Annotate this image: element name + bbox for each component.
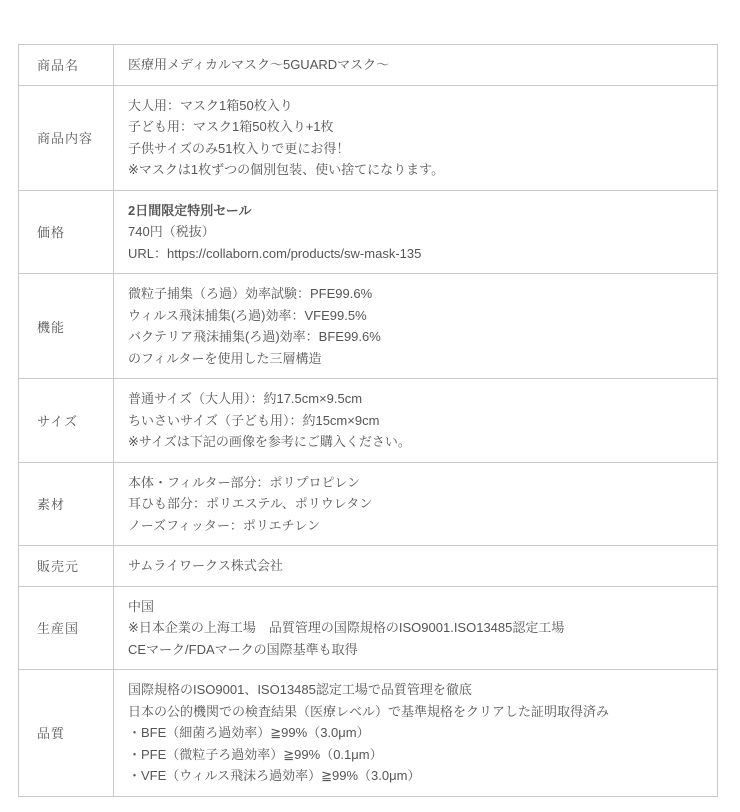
row-label: 品質 bbox=[19, 670, 114, 797]
content-line: CEマーク/FDAマークの国際基準も取得 bbox=[128, 639, 703, 661]
content-line: ※サイズは下記の画像を参考にご購入ください。 bbox=[128, 431, 703, 453]
row-label: 生産国 bbox=[19, 586, 114, 670]
row-label: 販売元 bbox=[19, 546, 114, 587]
content-line: 日本の公的機関での検査結果（医療レベル）で基準規格をクリアした証明取得済み bbox=[128, 701, 703, 723]
table-row-product-name: 商品名 医療用メディカルマスク〜5GUARDマスク〜 bbox=[19, 45, 718, 86]
row-label: サイズ bbox=[19, 379, 114, 463]
content-line: 微粒子捕集（ろ過）効率試験：PFE99.6% bbox=[128, 283, 703, 305]
table-row-material: 素材 本体・フィルター部分：ポリプロピレン 耳ひも部分：ポリエステル、ポリウレタ… bbox=[19, 462, 718, 546]
row-content: 大人用：マスク1箱50枚入り 子ども用：マスク1箱50枚入り+1枚 子供サイズの… bbox=[114, 85, 718, 190]
content-line: 大人用：マスク1箱50枚入り bbox=[128, 95, 703, 117]
table-row-quality: 品質 国際規格のISO9001、ISO13485認定工場で品質管理を徹底 日本の… bbox=[19, 670, 718, 797]
row-content: 微粒子捕集（ろ過）効率試験：PFE99.6% ウィルス飛沫捕集(ろ過)効率：VF… bbox=[114, 274, 718, 379]
table-row-product-contents: 商品内容 大人用：マスク1箱50枚入り 子ども用：マスク1箱50枚入り+1枚 子… bbox=[19, 85, 718, 190]
row-content: サムライワークス株式会社 bbox=[114, 546, 718, 587]
table-row-seller: 販売元 サムライワークス株式会社 bbox=[19, 546, 718, 587]
product-url: URL：https://collaborn.com/products/sw-ma… bbox=[128, 243, 703, 265]
content-line: ウィルス飛沫捕集(ろ過)効率：VFE99.5% bbox=[128, 305, 703, 327]
content-line: 国際規格のISO9001、ISO13485認定工場で品質管理を徹底 bbox=[128, 679, 703, 701]
content-line: 子ども用：マスク1箱50枚入り+1枚 bbox=[128, 116, 703, 138]
content-line: ※日本企業の上海工場 品質管理の国際規格のISO9001.ISO13485認定工… bbox=[128, 617, 703, 639]
content-line: 中国 bbox=[128, 596, 703, 618]
content-line: 耳ひも部分：ポリエステル、ポリウレタン bbox=[128, 493, 703, 515]
content-line: サムライワークス株式会社 bbox=[128, 555, 703, 577]
content-line: のフィルターを使用した三層構造 bbox=[128, 348, 703, 370]
content-line: バクテリア飛沫捕集(ろ過)効率：BFE99.6% bbox=[128, 326, 703, 348]
row-content: 国際規格のISO9001、ISO13485認定工場で品質管理を徹底 日本の公的機… bbox=[114, 670, 718, 797]
product-spec-table: 商品名 医療用メディカルマスク〜5GUARDマスク〜 商品内容 大人用：マスク1… bbox=[18, 44, 718, 797]
row-label: 価格 bbox=[19, 190, 114, 274]
page: 商品名 医療用メディカルマスク〜5GUARDマスク〜 商品内容 大人用：マスク1… bbox=[0, 0, 740, 812]
content-line: 医療用メディカルマスク〜5GUARDマスク〜 bbox=[128, 54, 703, 76]
row-content: 中国 ※日本企業の上海工場 品質管理の国際規格のISO9001.ISO13485… bbox=[114, 586, 718, 670]
row-content: 普通サイズ（大人用）：約17.5cm×9.5cm ちいさいサイズ（子ども用）：約… bbox=[114, 379, 718, 463]
content-line: ・BFE（細菌ろ過効率）≧99%（3.0μm） bbox=[128, 722, 703, 744]
row-content: 本体・フィルター部分：ポリプロピレン 耳ひも部分：ポリエステル、ポリウレタン ノ… bbox=[114, 462, 718, 546]
content-line: ・PFE（微粒子ろ過効率）≧99%（0.1μm） bbox=[128, 744, 703, 766]
content-line: 本体・フィルター部分：ポリプロピレン bbox=[128, 472, 703, 494]
product-spec-table-wrap: 商品名 医療用メディカルマスク〜5GUARDマスク〜 商品内容 大人用：マスク1… bbox=[18, 44, 718, 797]
table-row-size: サイズ 普通サイズ（大人用）：約17.5cm×9.5cm ちいさいサイズ（子ども… bbox=[19, 379, 718, 463]
content-line: 普通サイズ（大人用）：約17.5cm×9.5cm bbox=[128, 388, 703, 410]
row-content: 2日間限定特別セール 740円（税抜） URL：https://collabor… bbox=[114, 190, 718, 274]
row-content: 医療用メディカルマスク〜5GUARDマスク〜 bbox=[114, 45, 718, 86]
sale-title: 2日間限定特別セール bbox=[128, 200, 703, 222]
row-label: 商品内容 bbox=[19, 85, 114, 190]
content-line: ノーズフィッター：ポリエチレン bbox=[128, 515, 703, 537]
row-label: 機能 bbox=[19, 274, 114, 379]
row-label: 商品名 bbox=[19, 45, 114, 86]
content-line: ※マスクは1枚ずつの個別包装、使い捨てになります。 bbox=[128, 159, 703, 181]
content-line: ・VFE（ウィルス飛沫ろ過効率）≧99%（3.0μm） bbox=[128, 765, 703, 787]
row-label: 素材 bbox=[19, 462, 114, 546]
content-line: 子供サイズのみ51枚入りで更にお得！ bbox=[128, 138, 703, 160]
table-row-function: 機能 微粒子捕集（ろ過）効率試験：PFE99.6% ウィルス飛沫捕集(ろ過)効率… bbox=[19, 274, 718, 379]
price-value: 740円（税抜） bbox=[128, 221, 703, 243]
table-row-country: 生産国 中国 ※日本企業の上海工場 品質管理の国際規格のISO9001.ISO1… bbox=[19, 586, 718, 670]
table-row-price: 価格 2日間限定特別セール 740円（税抜） URL：https://colla… bbox=[19, 190, 718, 274]
content-line: ちいさいサイズ（子ども用）：約15cm×9cm bbox=[128, 410, 703, 432]
